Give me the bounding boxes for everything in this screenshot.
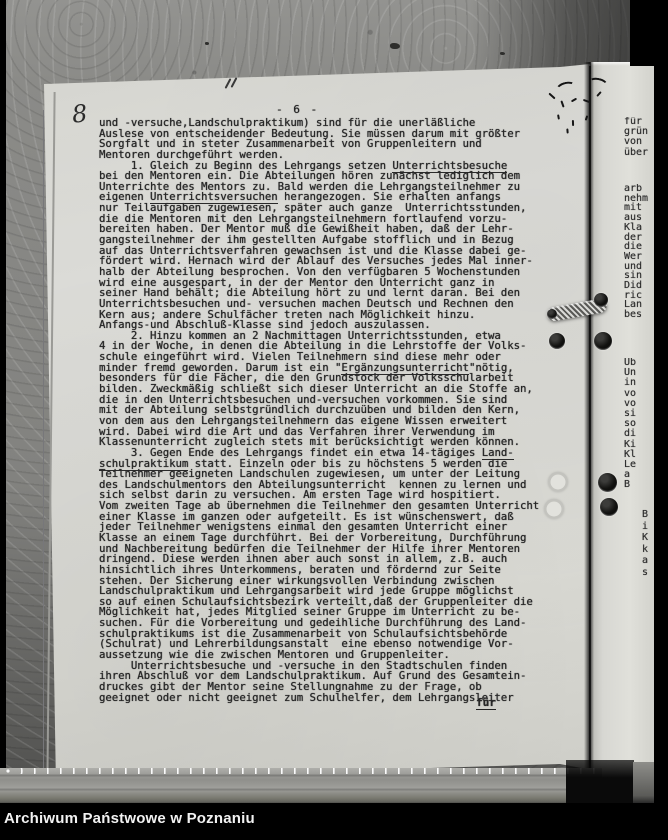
text-line: 3. Gegen Ende des Lehrgangs findet ein e… <box>99 448 573 459</box>
body-text: und -versuche,Landschulpraktikum) sind f… <box>99 118 573 703</box>
bottom-gap-shadow <box>566 760 634 804</box>
stitch-mark <box>572 120 574 126</box>
next-page-text-fragment: arbnehmmitausKladerdieWerundsinDidricLan… <box>624 184 654 320</box>
punch-hole <box>598 473 617 492</box>
text-line: hinsichtlich ihres Unterkommens, beraten… <box>99 565 573 576</box>
fragment-line: über <box>624 148 654 158</box>
punch-hole <box>600 498 618 516</box>
page-stack-edge-line <box>43 110 44 770</box>
handwritten-page-mark: 8 <box>71 99 89 128</box>
stitch-mark <box>566 128 568 133</box>
text-line: von dem aus den Lehrgangsteilnehmern das… <box>99 416 573 427</box>
punch-hole <box>547 309 557 319</box>
punch-hole-ghost <box>548 472 568 492</box>
backing-speck <box>500 52 505 55</box>
backing-speck <box>390 43 400 49</box>
fragment-line: bes <box>624 310 654 320</box>
page-bottom-sparkle <box>4 768 600 774</box>
page-number: - 6 - <box>276 103 319 116</box>
page-gap-line <box>589 66 591 804</box>
punch-hole-ghost <box>544 499 564 519</box>
fragment-line: B <box>624 480 654 490</box>
next-page-bottom-edge <box>633 762 655 804</box>
backing-speck <box>205 42 209 45</box>
text-line: halb der Abteilung besprochen. Von den v… <box>99 267 573 278</box>
next-page-text-fragment: ÜbUninvovosisodiKiKlLeaB <box>624 358 654 491</box>
text-line: druckes gibt der Mentor seine Stellungna… <box>99 682 573 693</box>
punch-hole <box>594 332 612 350</box>
punch-hole <box>549 333 565 349</box>
catchword: für <box>476 696 496 710</box>
archive-name: Archiwum Państwowe w Poznaniu <box>4 810 255 827</box>
text-line: Mentoren durchgeführt werden. <box>99 150 573 161</box>
next-page-text-fragment: fürgrünvonüber <box>624 117 654 158</box>
text-line: Unterrichtsbesuchen und- versuchen mache… <box>99 299 573 310</box>
photo-black-edge <box>654 0 668 840</box>
punch-hole <box>594 293 608 307</box>
text-line: geeignet oder nicht geeignet zum Schulhe… <box>99 693 573 704</box>
